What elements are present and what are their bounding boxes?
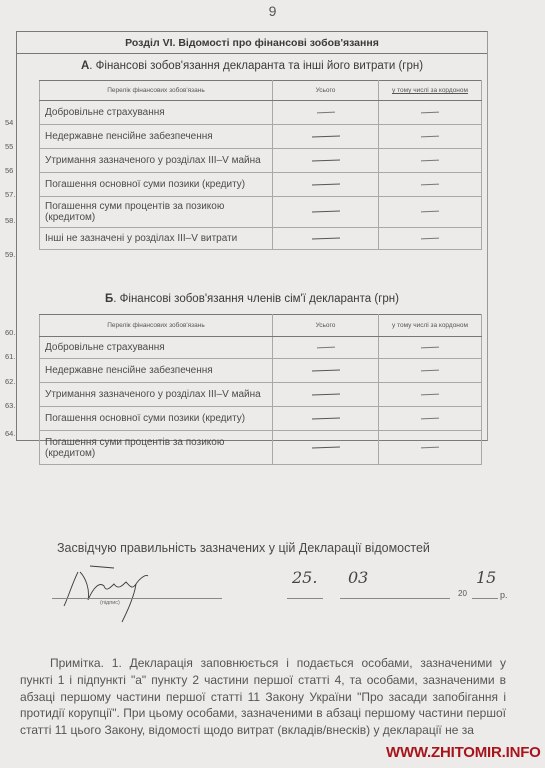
row-number: 54 [5,118,19,127]
dash-mark [311,393,339,395]
row-abroad [379,337,482,359]
row-number: 58. [5,216,19,225]
row-abroad [379,383,482,407]
dash-mark [421,394,439,396]
row-label: Добровільне страхування [40,101,273,125]
table-row: Погашення суми процентів за позикою (кре… [40,197,482,228]
row-abroad [379,197,482,228]
note-text: Примітка. 1. Декларація заповнюється і п… [20,655,506,739]
row-number: 61. [5,352,19,361]
year-prefix: 20 [458,589,467,598]
dash-mark [316,112,334,114]
dash-mark [316,347,334,349]
row-abroad [379,173,482,197]
table-header: Перелік фінансових зобов'язань Усього у … [40,315,482,337]
header-list: Перелік фінансових зобов'язань [40,81,273,101]
dash-mark [421,418,439,420]
row-total [273,359,379,383]
row-abroad [379,101,482,125]
row-number: 59. [5,250,19,259]
dash-mark [421,370,439,372]
section-title: Розділ VI. Відомості про фінансові зобов… [17,32,487,54]
row-label: Інші не зазначені у розділах III–V витра… [40,228,273,250]
date-day-line [287,598,323,599]
table-row: Погашення суми процентів за позикою (кре… [40,431,482,465]
row-total [273,197,379,228]
dash-mark [311,369,339,371]
row-total [273,337,379,359]
dash-mark [421,160,439,162]
row-number: 64. [5,429,19,438]
row-number: 62. [5,377,19,386]
table-row: Недержавне пенсійне забезпечення [40,125,482,149]
row-label: Погашення основної суми позики (кредиту) [40,407,273,431]
header-list: Перелік фінансових зобов'язань [40,315,273,337]
dash-mark [421,447,439,449]
row-total [273,383,379,407]
row-total [273,431,379,465]
row-total [273,149,379,173]
row-abroad [379,228,482,250]
header-total: Усього [273,81,379,101]
dash-mark [311,417,339,419]
table-row: Утримання зазначеного у розділах III–V м… [40,149,482,173]
dash-mark [421,112,439,114]
row-abroad [379,125,482,149]
row-total [273,228,379,250]
row-number: 56 [5,166,19,175]
table-row: Інші не зазначені у розділах III–V витра… [40,228,482,250]
year-suffix: 15 [476,568,496,587]
row-label: Погашення суми процентів за позикою (кре… [40,431,273,465]
header-abroad: у тому числі за кордоном [379,315,482,337]
row-label: Недержавне пенсійне забезпечення [40,359,273,383]
table-row: Погашення основної суми позики (кредиту) [40,173,482,197]
page-number: 9 [0,3,545,19]
dash-mark [421,136,439,138]
dash-mark [311,135,339,137]
row-label: Недержавне пенсійне забезпечення [40,125,273,149]
dash-mark [311,183,339,185]
table-row: Недержавне пенсійне забезпечення [40,359,482,383]
row-abroad [379,359,482,383]
signature-icon [60,564,150,624]
table-row: Утримання зазначеного у розділах III–V м… [40,383,482,407]
date-day: 25. [292,568,317,587]
dash-mark [421,184,439,186]
table-header: Перелік фінансових зобов'язань Усього у … [40,81,482,101]
row-label: Утримання зазначеного у розділах III–V м… [40,149,273,173]
table-a-letter: А [81,60,89,72]
header-abroad: у тому числі за кордоном [379,81,482,101]
row-total [273,125,379,149]
table-b: Перелік фінансових зобов'язань Усього у … [39,314,482,465]
signature-line [52,598,222,599]
note: Примітка. 1. Декларація заповнюється і п… [20,655,506,739]
watermark: WWW.ZHITOMIR.INFO [386,744,541,761]
table-a: Перелік фінансових зобов'язань Усього у … [39,80,482,250]
row-total [273,407,379,431]
row-abroad [379,149,482,173]
row-number: 57. [5,190,19,199]
table-b-title-text: . Фінансові зобов'язання членів сім'ї де… [113,293,399,305]
row-label: Утримання зазначеного у розділах III–V м… [40,383,273,407]
signature-caption: (підпис) [100,600,120,606]
date-month: 03 [348,568,368,587]
row-abroad [379,431,482,465]
row-label: Добровільне страхування [40,337,273,359]
row-label: Погашення суми процентів за позикою (кре… [40,197,273,228]
table-row: Добровільне страхування [40,337,482,359]
row-number: 63. [5,401,19,410]
header-total: Усього [273,315,379,337]
dash-mark [311,159,339,161]
year-line [472,598,498,599]
table-b-title: Б. Фінансові зобов'язання членів сім'ї д… [17,293,487,305]
table-row: Добровільне страхування [40,101,482,125]
row-number: 60. [5,328,19,337]
certification-text: Засвідчую правильність зазначених у цій … [57,541,430,555]
dash-mark [421,238,439,240]
row-number: 55 [5,142,19,151]
row-total [273,101,379,125]
table-a-title-text: . Фінансові зобов'язання декларанта та і… [89,60,423,72]
row-abroad [379,407,482,431]
table-a-title: А. Фінансові зобов'язання декларанта та … [17,60,487,72]
date-month-line [340,598,450,599]
dash-mark [311,237,339,239]
year-unit: р. [500,590,508,600]
section-frame: Розділ VI. Відомості про фінансові зобов… [16,31,488,441]
table-row: Погашення основної суми позики (кредиту) [40,407,482,431]
row-label: Погашення основної суми позики (кредиту) [40,173,273,197]
dash-mark [311,446,339,448]
dash-mark [311,211,339,213]
dash-mark [421,347,439,349]
dash-mark [421,211,439,213]
row-total [273,173,379,197]
